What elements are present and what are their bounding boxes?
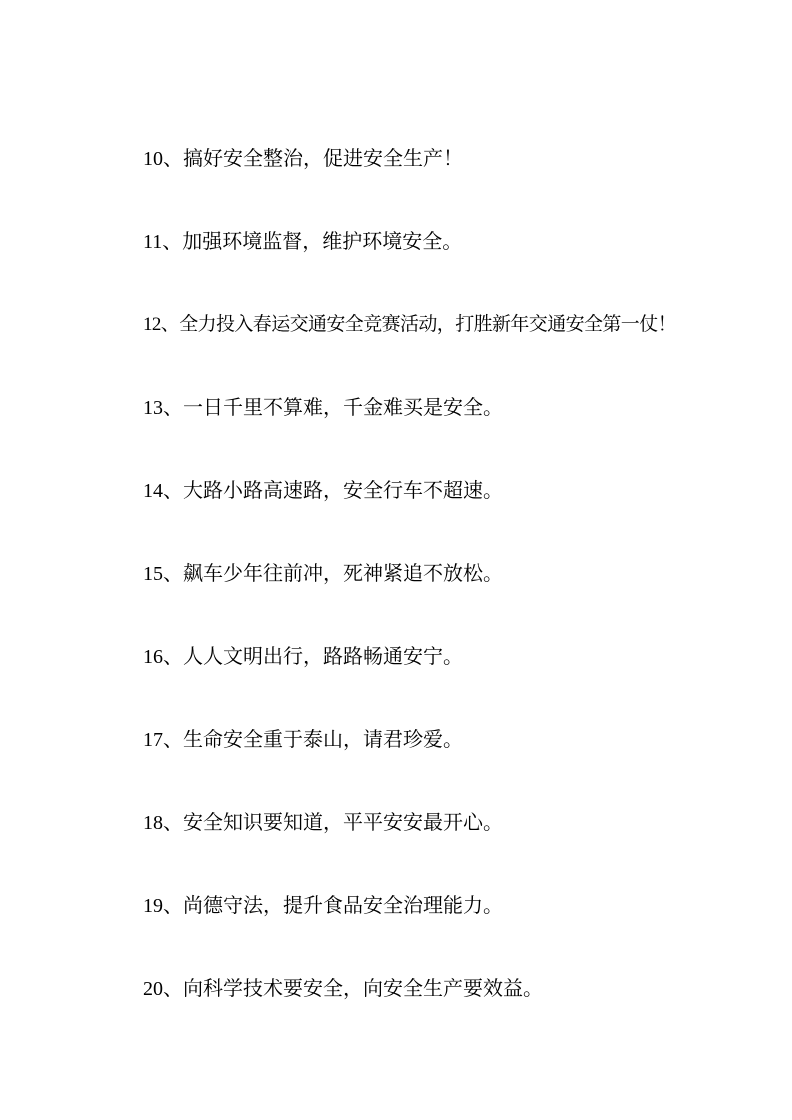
list-item-12: 12、全力投入春运交通安全竞赛活动，打胜新年交通安全第一仗！ [143, 313, 752, 396]
list-item-17: 17、生命安全重于泰山，请君珍爱。 [143, 728, 752, 811]
list-item-18: 18、安全知识要知道，平平安安最开心。 [143, 811, 752, 894]
list-item-16: 16、人人文明出行，路路畅通安宁。 [143, 645, 752, 728]
list-item-13: 13、一日千里不算难，千金难买是安全。 [143, 396, 752, 479]
list-item-14: 14、大路小路高速路，安全行车不超速。 [143, 479, 752, 562]
list-item-11: 11、加强环境监督，维护环境安全。 [143, 230, 752, 313]
list-item-19: 19、尚德守法，提升食品安全治理能力。 [143, 894, 752, 977]
list-item-20: 20、向科学技术要安全，向安全生产要效益。 [143, 977, 752, 1060]
list-item-10: 10、搞好安全整治，促进安全生产！ [143, 147, 752, 230]
list-item-15: 15、飙车少年往前冲，死神紧追不放松。 [143, 562, 752, 645]
slogan-list: 10、搞好安全整治，促进安全生产！ 11、加强环境监督，维护环境安全。 12、全… [143, 147, 752, 1060]
document-page: 10、搞好安全整治，促进安全生产！ 11、加强环境监督，维护环境安全。 12、全… [0, 0, 792, 1120]
